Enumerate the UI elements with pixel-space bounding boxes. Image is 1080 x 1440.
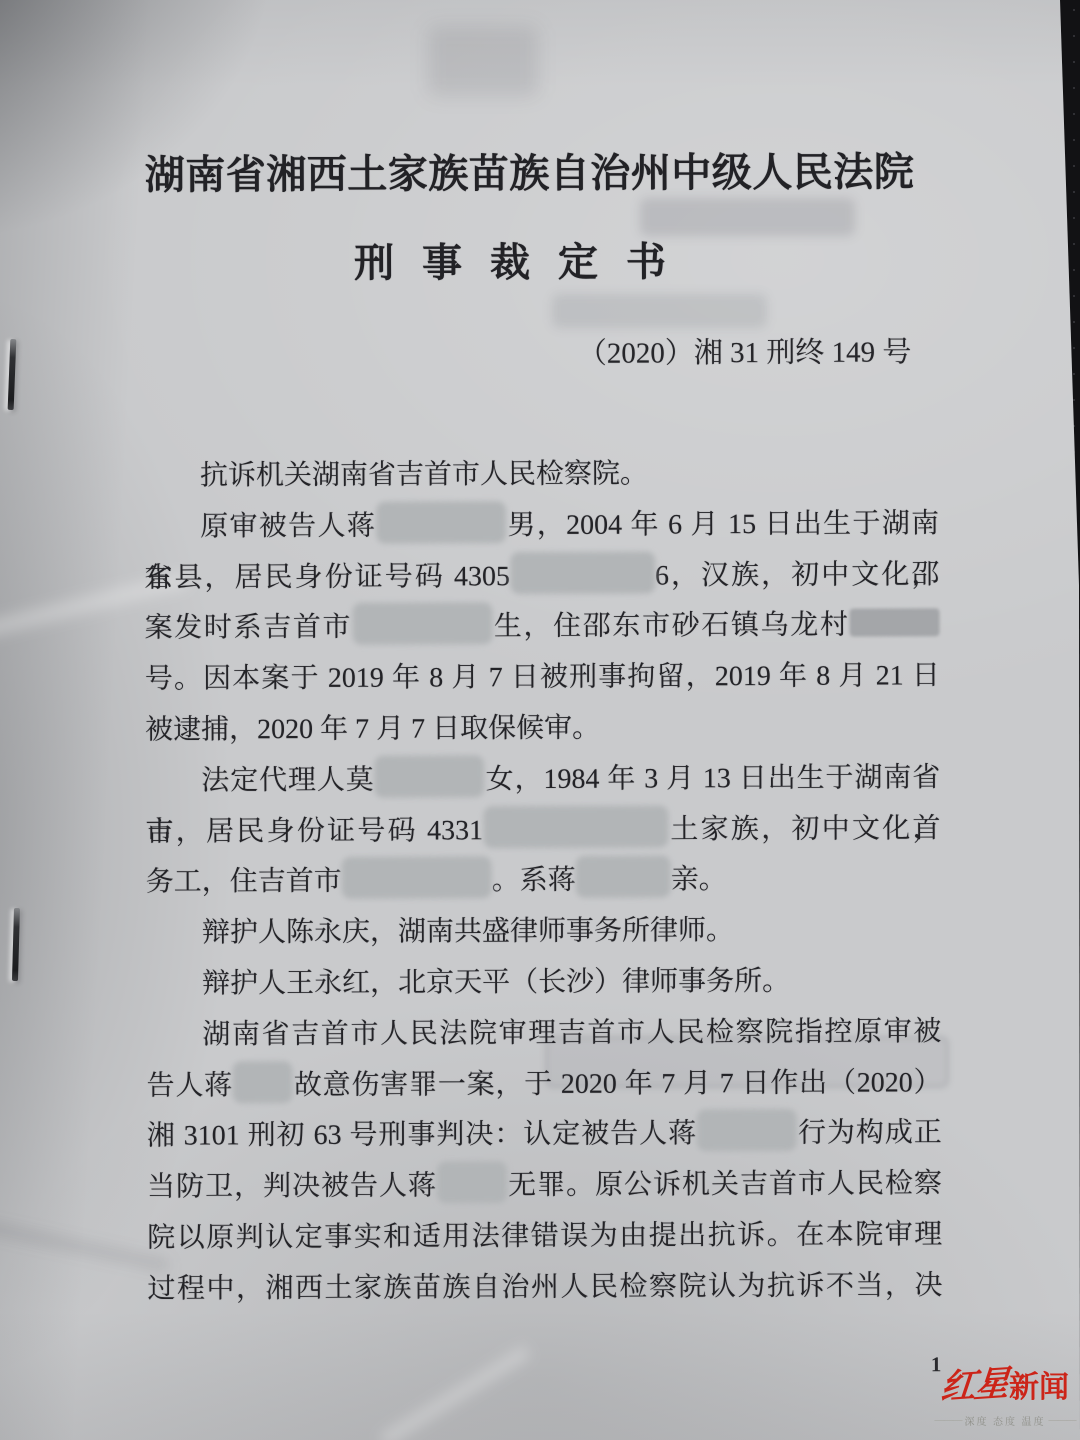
news-agency-watermark: 红星新闻 ——— 深度 态度 温度 ———: [932, 1366, 1078, 1428]
redaction-blur: [375, 755, 485, 797]
text-line: 告人蒋故意伤害罪一案，于 2020 年 7 月 7 日作出（2020）: [146, 1058, 941, 1112]
redaction-blur: [510, 551, 655, 594]
brand-logo-script-part: 红星: [939, 1364, 1009, 1409]
text-run: 生，住邵东市砂石镇乌龙村: [492, 610, 850, 643]
text-run: 院以原判认定事实和适用法律错误为由提出抗诉。在本院审理: [147, 1219, 942, 1253]
paper-sheet: 湖南省湘西土家族苗族自治州中级人民法院 刑事裁定书 （2020）湘 31 刑终 …: [0, 0, 1080, 1440]
text-line: 抗诉机关湖南省吉首市人民检察院。: [144, 448, 939, 502]
text-run: 。系蒋: [492, 865, 576, 896]
brand-logo-block-part: 新闻: [1009, 1371, 1069, 1404]
redaction-blur: [576, 856, 671, 898]
redaction-blur: [352, 603, 492, 646]
tagline-dash-right: ———: [1049, 1415, 1076, 1426]
text-line: 号。因本案于 2019 年 8 月 7 日被刑事拘留，2019 年 8 月 21…: [145, 651, 940, 705]
text-run: 6，汉族，初中文化，: [655, 559, 940, 591]
court-name-heading: 湖南省湘西土家族苗族自治州中级人民法院: [0, 140, 1070, 202]
text-run: 亲。: [671, 865, 727, 896]
text-line: 辩护人王永红，北京天平（长沙）律师事务所。: [146, 956, 941, 1010]
redaction-blur: [233, 1061, 293, 1103]
redaction-blur: [483, 805, 668, 848]
text-line: 务工，住吉首市。系蒋亲。: [146, 855, 941, 909]
text-line: 湖南省吉首市人民法院审理吉首市人民检察院指控原审被: [146, 1007, 941, 1061]
text-run: 故意伤害罪一案，于 2020 年 7 月 7 日作出（2020）: [293, 1067, 942, 1101]
redaction-blur: [850, 609, 940, 637]
redaction-blur: [342, 857, 492, 900]
text-line: 院以原判认定事实和适用法律错误为由提出抗诉。在本院审理: [147, 1210, 942, 1264]
redaction-blur: [697, 1109, 797, 1151]
body-text: 抗诉机关湖南省吉首市人民检察院。原审被告人蒋男，2004 年 6 月 15 日出…: [144, 448, 943, 1315]
text-line: 东县，居民身份证号码 43056，汉族，初中文化，: [144, 550, 939, 604]
text-run: 法定代理人莫: [201, 765, 375, 797]
brand-logo: 红星新闻: [932, 1366, 1078, 1413]
text-run: 行为构成正: [797, 1118, 942, 1150]
text-run: 无罪。原公诉机关吉首市人民检察: [507, 1168, 942, 1201]
text-run: 抗诉机关湖南省吉首市人民检察院。: [200, 459, 648, 492]
document-content: 湖南省湘西土家族苗族自治州中级人民法院 刑事裁定书 （2020）湘 31 刑终 …: [0, 0, 1080, 1440]
text-run: 过程中，湘西土家族苗族自治州人民检察院认为抗诉不当，决: [147, 1270, 942, 1304]
text-run: 市，居民身份证号码 4331: [145, 815, 483, 847]
text-line: 被逮捕，2020 年 7 月 7 日取保候审。: [145, 702, 940, 756]
document-title: 刑事裁定书: [0, 229, 1064, 291]
text-line: 湘 3101 刑初 63 号刑事判决：认定被告人蒋行为构成正: [147, 1109, 942, 1163]
text-run: 东县，居民身份证号码 4305: [144, 561, 510, 594]
text-run: 当防卫，判决被告人蒋: [147, 1171, 437, 1203]
text-line: 过程中，湘西土家族苗族自治州人民检察院认为抗诉不当，决: [147, 1261, 942, 1315]
text-line: 辩护人陈永庆，湖南共盛律师事务所律师。: [146, 905, 941, 959]
tagline-text: 深度 态度 温度: [965, 1413, 1046, 1428]
text-line: 案发时系吉首市生，住邵东市砂石镇乌龙村: [144, 601, 939, 655]
text-run: 被逮捕，2020 年 7 月 7 日取保候审。: [145, 713, 600, 746]
text-line: 当防卫，判决被告人蒋无罪。原公诉机关吉首市人民检察: [147, 1159, 942, 1213]
case-number: （2020）湘 31 刑终 149 号: [578, 329, 912, 371]
text-run: 辩护人陈永庆，湖南共盛律师事务所律师。: [202, 915, 734, 948]
redaction-blur: [437, 1161, 507, 1203]
text-run: 务工，住吉首市: [146, 866, 342, 898]
text-run: 原审被告人蒋: [200, 511, 376, 543]
text-run: 湖南省吉首市人民法院审理吉首市人民检察院指控原审被: [202, 1016, 941, 1050]
tagline-dash-left: ———: [935, 1415, 962, 1426]
text-run: 辩护人王永红，北京天平（长沙）律师事务所。: [202, 966, 790, 1000]
text-run: 案发时系吉首市: [145, 612, 353, 644]
text-run: 土家族，初中文化，: [668, 813, 940, 845]
brand-tagline: ——— 深度 态度 温度 ———: [932, 1413, 1078, 1428]
text-line: 市，居民身份证号码 4331土家族，初中文化，: [145, 804, 940, 858]
text-line: 原审被告人蒋男，2004 年 6 月 15 日出生于湖南省邵: [144, 499, 939, 553]
redaction-blur: [376, 501, 506, 544]
text-run: 号。因本案于 2019 年 8 月 7 日被刑事拘留，2019 年 8 月 21…: [145, 660, 940, 694]
text-run: 湘 3101 刑初 63 号刑事判决：认定被告人蒋: [147, 1119, 697, 1152]
text-run: 告人蒋: [147, 1070, 234, 1101]
text-line: 法定代理人莫女，1984 年 3 月 13 日出生于湖南省吉首: [145, 753, 940, 807]
